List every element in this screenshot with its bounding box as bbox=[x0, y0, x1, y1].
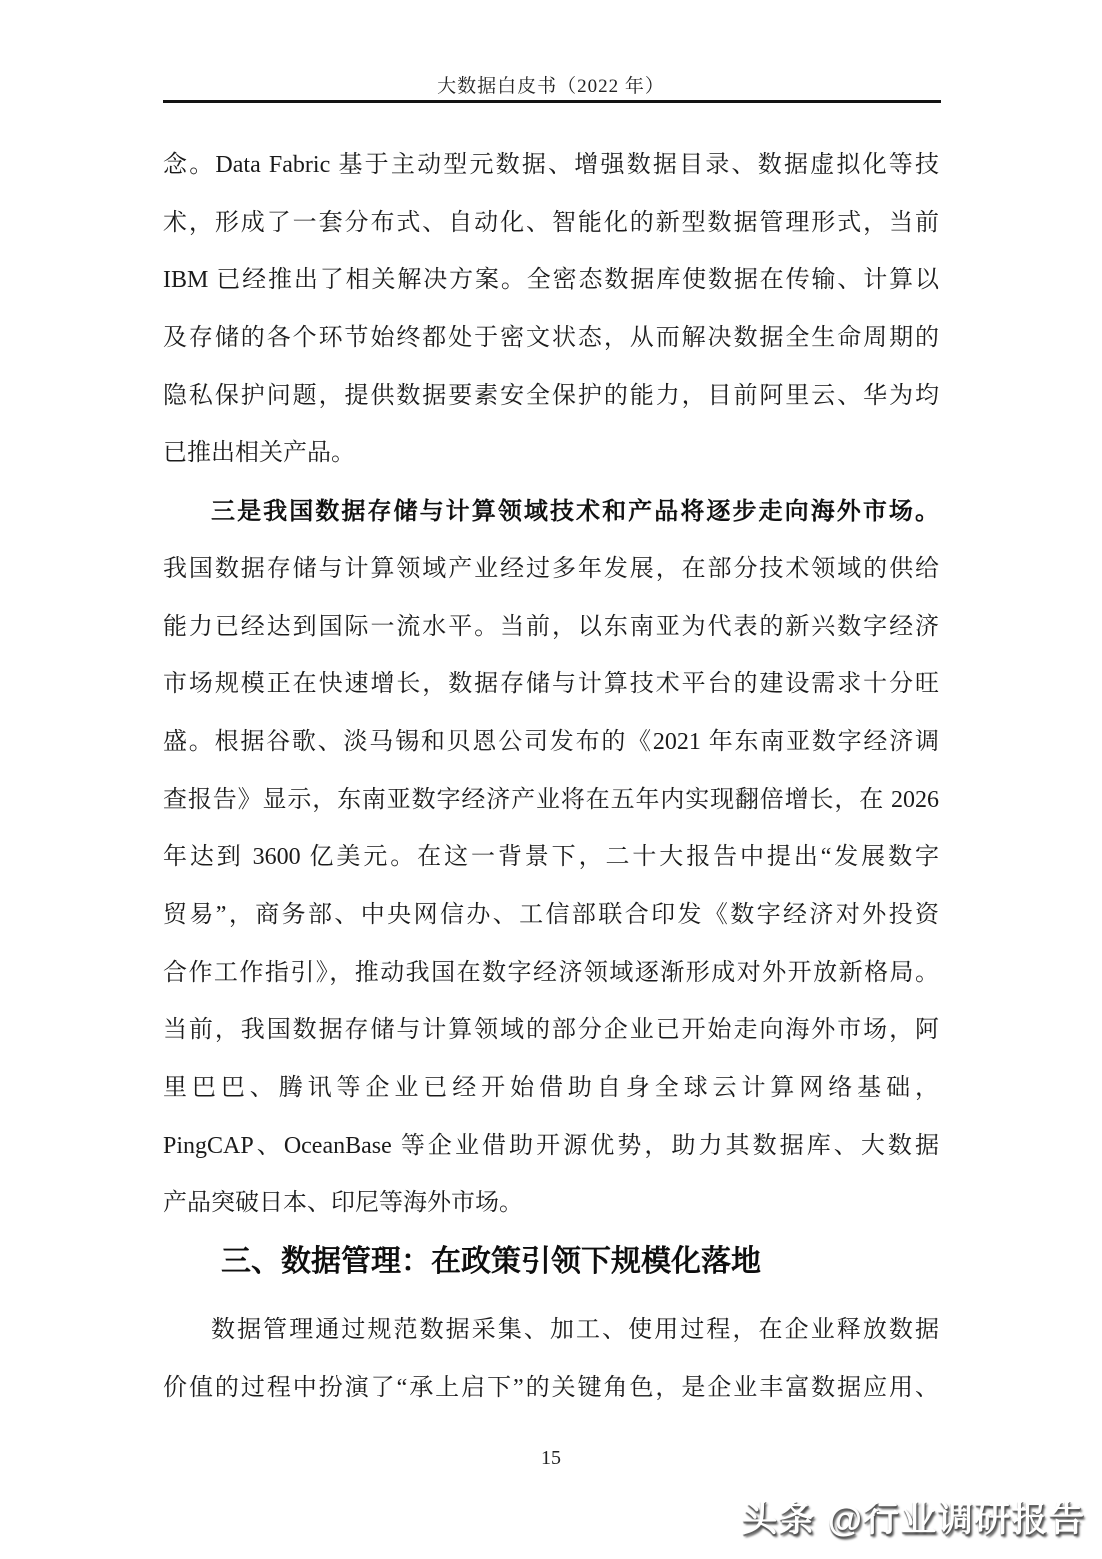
body-text-line: PingCAP、OceanBase 等企业借助开源优势，助力其数据库、大数据 bbox=[163, 1118, 939, 1176]
body-text-line: 年达到 3600 亿美元。在这一背景下，二十大报告中提出“发展数字 bbox=[163, 829, 939, 887]
page-header-title: 大数据白皮书（2022 年） bbox=[0, 76, 1102, 98]
body-text-line: IBM 已经推出了相关解决方案。全密态数据库使数据在传输、计算以 bbox=[163, 252, 939, 310]
header-divider-rule bbox=[163, 100, 941, 103]
body-text-line: 合作工作指引》，推动我国在数字经济领域逐渐形成对外开放新格局。 bbox=[163, 945, 939, 1003]
body-text-line: 能力已经达到国际一流水平。当前，以东南亚为代表的新兴数字经济 bbox=[163, 599, 939, 657]
body-text-line: 产品突破日本、印尼等海外市场。 bbox=[163, 1175, 939, 1233]
section-heading: 三、数据管理：在政策引领下规模化落地 bbox=[163, 1238, 939, 1286]
body-text-line: 术，形成了一套分布式、自动化、智能化的新型数据管理形式，当前 bbox=[163, 195, 939, 253]
body-text-line: 当前，我国数据存储与计算领域的部分企业已开始走向海外市场，阿 bbox=[163, 1002, 939, 1060]
body-text-line: 市场规模正在快速增长，数据存储与计算技术平台的建设需求十分旺 bbox=[163, 656, 939, 714]
bold-emphasis-line: 三是我国数据存储与计算领域技术和产品将逐步走向海外市场。 bbox=[163, 483, 939, 541]
body-text-line: 查报告》显示，东南亚数字经济产业将在五年内实现翻倍增长，在 2026 bbox=[163, 772, 939, 830]
body-text-line: 念。Data Fabric 基于主动型元数据、增强数据目录、数据虚拟化等技 bbox=[163, 137, 939, 195]
section-heading-block: 三、数据管理：在政策引领下规模化落地 bbox=[163, 1238, 939, 1286]
body-text-line: 隐私保护问题，提供数据要素安全保护的能力，目前阿里云、华为均 bbox=[163, 368, 939, 426]
body-text-block: 念。Data Fabric 基于主动型元数据、增强数据目录、数据虚拟化等技 术，… bbox=[163, 137, 939, 1233]
page-number: 15 bbox=[0, 1446, 1102, 1470]
body-text-line: 已推出相关产品。 bbox=[163, 425, 939, 483]
body-text-line: 数据管理通过规范数据采集、加工、使用过程，在企业释放数据 bbox=[163, 1302, 939, 1360]
body-text-line: 价值的过程中扮演了“承上启下”的关键角色，是企业丰富数据应用、 bbox=[163, 1360, 939, 1418]
document-page: 大数据白皮书（2022 年） 念。Data Fabric 基于主动型元数据、增强… bbox=[0, 0, 1102, 1559]
body-text-line: 盛。根据谷歌、淡马锡和贝恩公司发布的《2021 年东南亚数字经济调 bbox=[163, 714, 939, 772]
body-text-line: 里巴巴、腾讯等企业已经开始借助自身全球云计算网络基础， bbox=[163, 1060, 939, 1118]
body-text-line: 我国数据存储与计算领域产业经过多年发展，在部分技术领域的供给 bbox=[163, 541, 939, 599]
body-text-line: 及存储的各个环节始终都处于密文状态，从而解决数据全生命周期的 bbox=[163, 310, 939, 368]
body-text-line: 贸易”，商务部、中央网信办、工信部联合印发《数字经济对外投资 bbox=[163, 887, 939, 945]
paragraph-block: 数据管理通过规范数据采集、加工、使用过程，在企业释放数据 价值的过程中扮演了“承… bbox=[163, 1302, 939, 1417]
watermark-text: 头条 @行业调研报告 bbox=[742, 1499, 1086, 1541]
